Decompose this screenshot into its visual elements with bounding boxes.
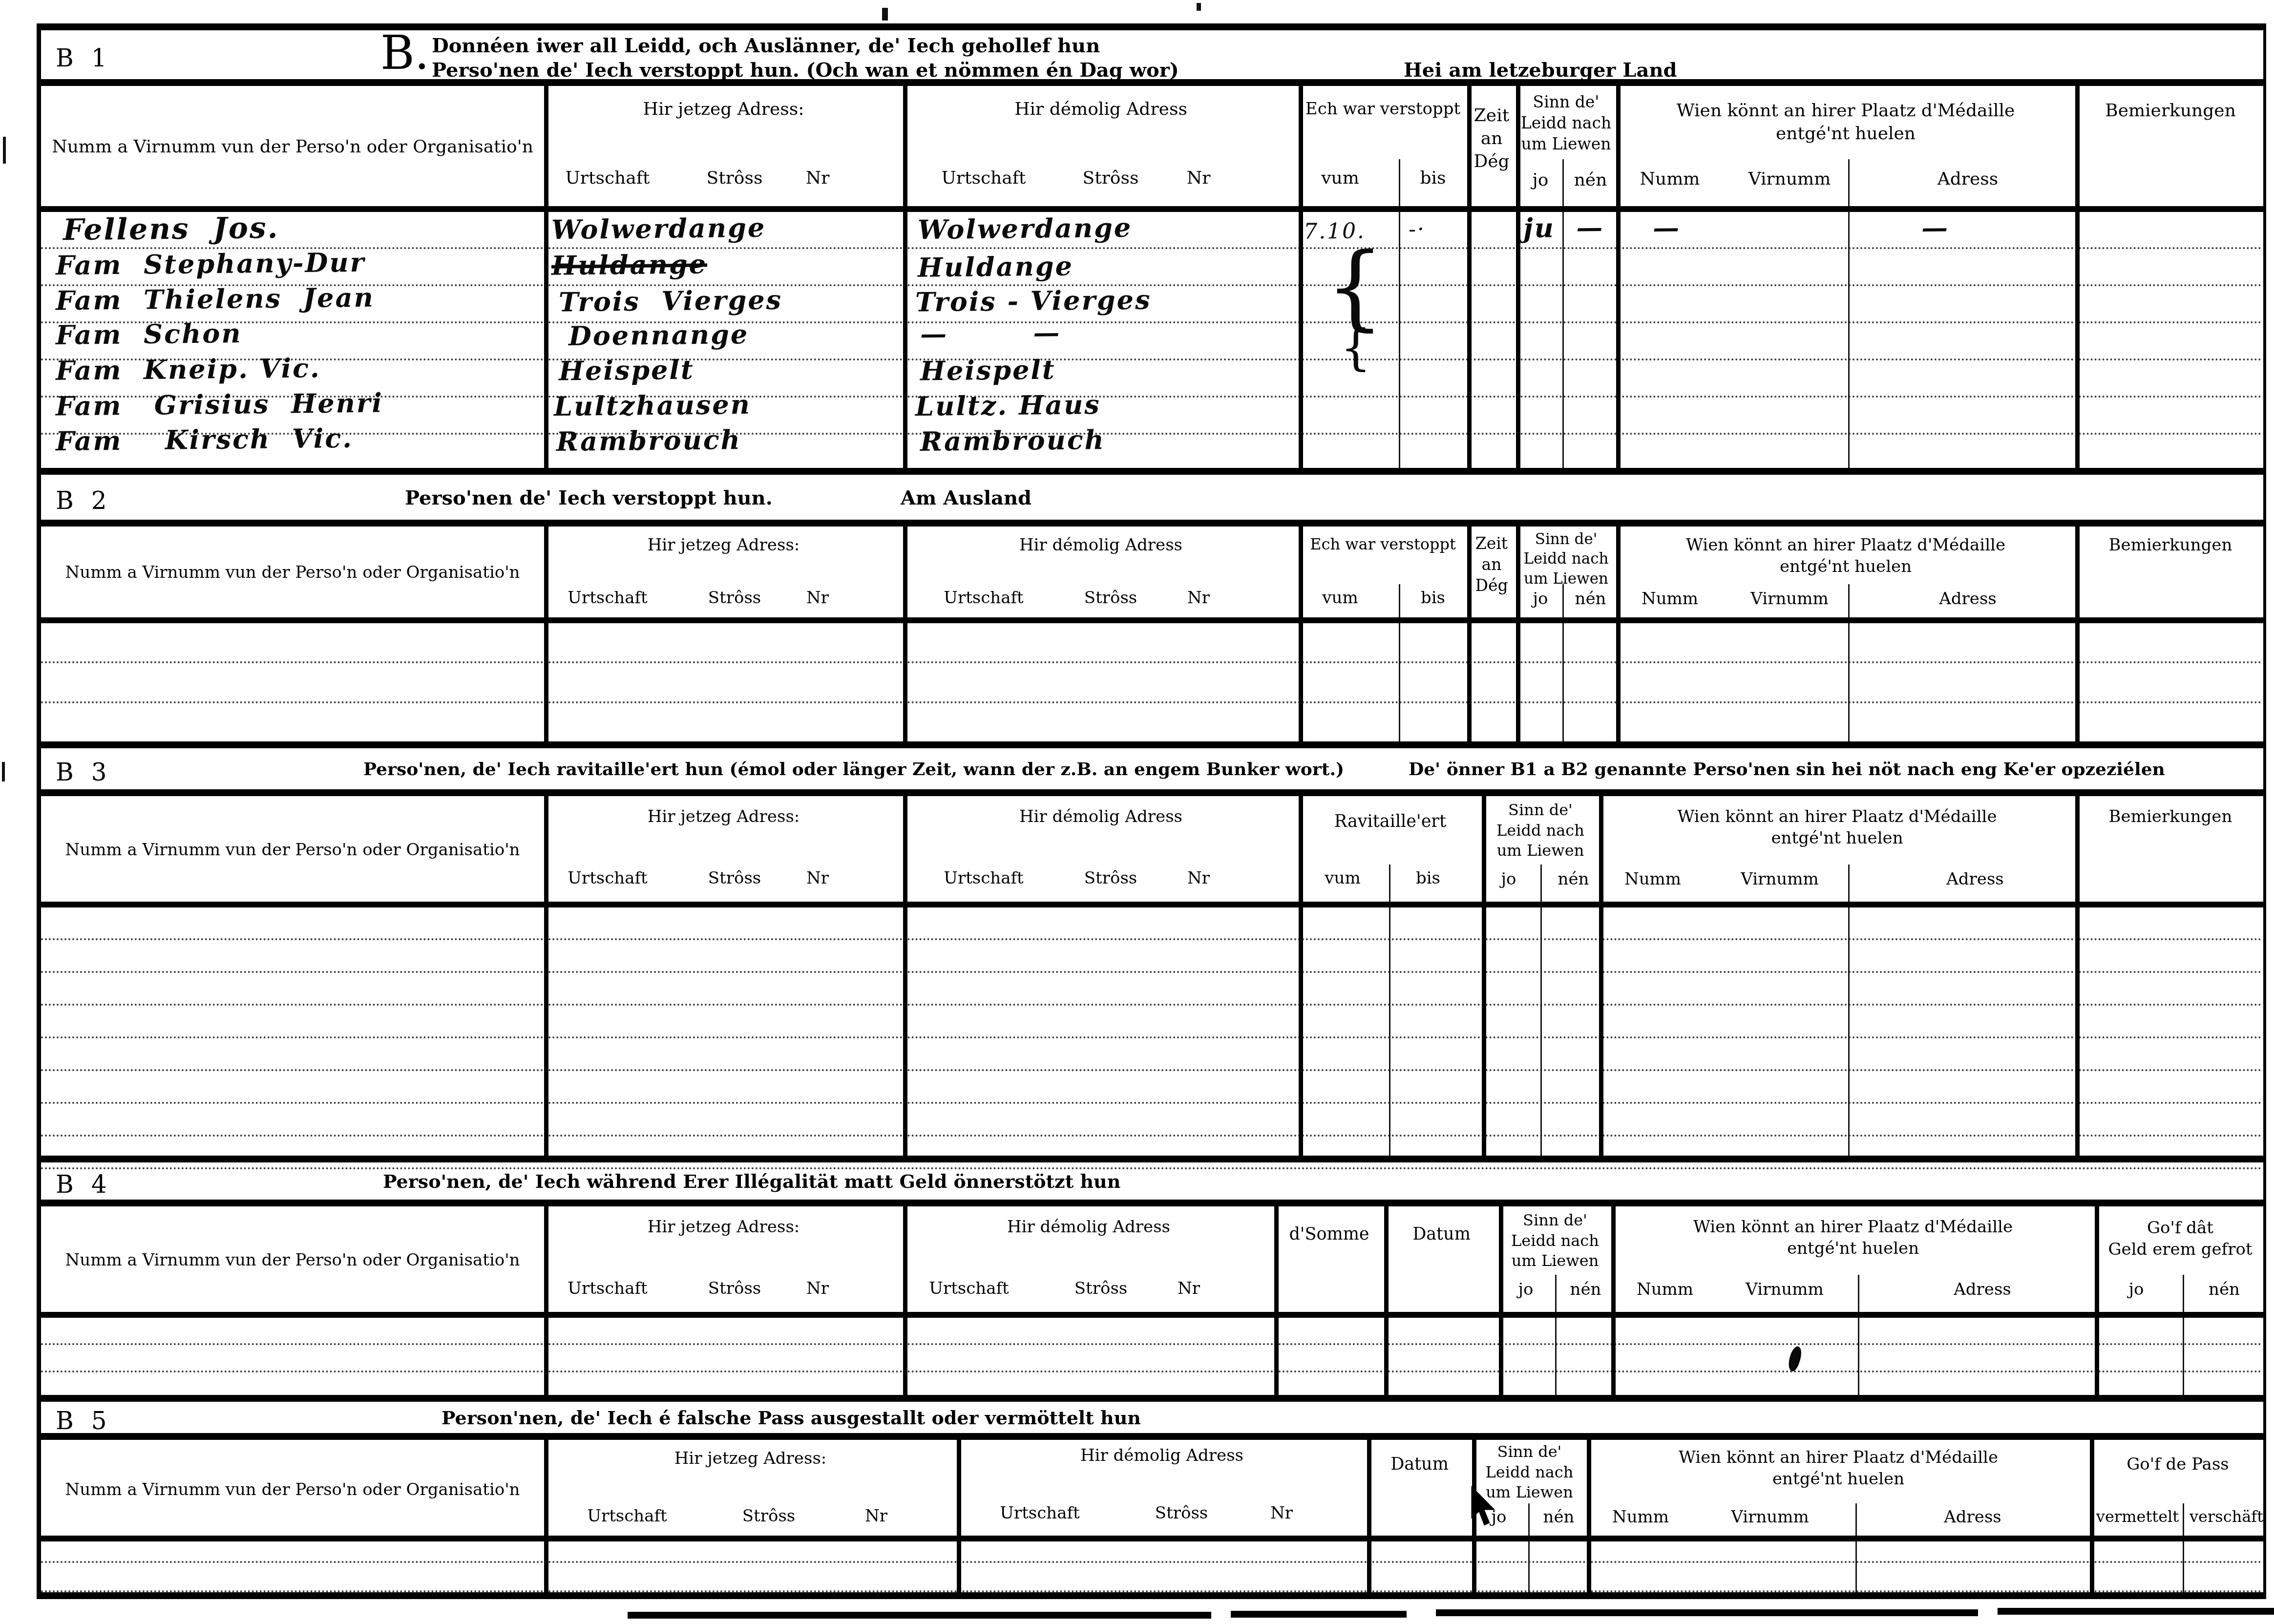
subcol-divider (1399, 212, 1400, 468)
section-b1-titlebar: B 1 B. Donnéen iwer all Leidd, och Auslä… (41, 30, 2263, 86)
b3-sub-adress: Adress (1892, 869, 2058, 889)
col-divider (957, 1541, 961, 1592)
section-b3: B 3 Perso'nen, de' Iech ravitaille'ert h… (37, 741, 2266, 1156)
b4-col-now-address: Hir jetzeg Adress: (544, 1216, 903, 1238)
b3-col-ravitailleert: Ravitaille'ert (1299, 811, 1482, 833)
b3-col-remarks: Bemierkungen (2075, 806, 2266, 827)
col-divider (1616, 623, 1621, 741)
col-divider (1384, 1318, 1389, 1395)
b3-sub-jo: jo (1487, 869, 1531, 889)
b2-sub-stross: Strôss (691, 588, 779, 608)
section-b5-body (41, 1541, 2263, 1599)
col-divider (544, 623, 548, 741)
b2-col-name: Numm a Virnumm vun der Perso'n oder Orga… (41, 562, 544, 583)
b2-col-alive: Sinn de'Leidd nachum Liewen (1516, 529, 1616, 589)
subcol-divider (1855, 1541, 1857, 1592)
col-divider (1274, 1318, 1279, 1395)
table-row (41, 1345, 2263, 1372)
b3-sub-vum: vum (1306, 868, 1379, 888)
b4-sub-urtschaft: Urtschaft (920, 1279, 1018, 1298)
section-b5-title: Person'nen, de' Iech é falsche Pass ausg… (442, 1407, 1141, 1429)
section-b4: B 4 Perso'nen, de' Iech während Erer Ill… (37, 1156, 2266, 1395)
col-divider (544, 212, 548, 468)
section-b2-subtitle: Am Ausland (901, 486, 1032, 509)
subcol-divider (2183, 1503, 2184, 1536)
form-letter: B. (380, 30, 429, 77)
col-divider (1367, 1541, 1371, 1592)
b5-sub-virnumm: Virnumm (1716, 1507, 1824, 1527)
section-b4-title: Perso'nen, de' Iech während Erer Illégal… (383, 1170, 1120, 1192)
b5-col-datum: Datum (1367, 1454, 1472, 1476)
b3-col-old-address: Hir démolig Adress (903, 806, 1299, 827)
b5-sub-verschaft: verschäft (2186, 1507, 2267, 1526)
b4-col-alive: Sinn de'Leidd nachum Liewen (1499, 1210, 1611, 1271)
b2-col-now-address: Hir jetzeg Adress: (544, 534, 903, 556)
subcol-divider (1562, 159, 1564, 206)
b5-sub-nr: Nr (847, 1506, 905, 1526)
table-row (41, 703, 2263, 743)
handwritten-name: Fam Kirsch Vic. (56, 422, 354, 457)
b1-sub-numm: Numm (1626, 169, 1714, 189)
handwritten-name: Fam Grisius Henri (56, 387, 383, 422)
subcol-divider (1555, 1275, 1557, 1312)
b2-sub-bis: bis (1404, 588, 1462, 608)
b5-sub-numm: Numm (1597, 1507, 1684, 1527)
section-b3-id: B 3 (56, 758, 111, 786)
b2-col-old-address: Hir démolig Adress (903, 534, 1299, 556)
table-row (41, 249, 2263, 286)
b4-sub-stross: Strôss (1052, 1279, 1150, 1298)
col-divider (1611, 1318, 1616, 1395)
b5-col-medal: Wien könnt an hirer Plaatz d'Médailleent… (1587, 1447, 2090, 1490)
b1-col-zeit: ZeitanDég (1467, 105, 1516, 173)
handwritten-now: Doennange (568, 318, 749, 352)
handwritten-name: Fam Stephany-Dur (56, 247, 366, 281)
b5-sub-urtschaft: Urtschaft (986, 1503, 1094, 1523)
b3-col-name: Numm a Virnumm vun der Perso'n oder Orga… (41, 839, 544, 861)
col-divider (1616, 212, 1621, 468)
subcol-divider (1848, 212, 1850, 468)
table-row (41, 323, 2263, 360)
mouse-cursor (1469, 1486, 1503, 1532)
scan-speck (882, 8, 888, 21)
subcol-divider (1399, 159, 1400, 206)
b3-sub-stross: Strôss (691, 868, 779, 888)
b3-sub-bis: bis (1396, 868, 1460, 888)
b3-col-alive: Sinn de'Leidd nachum Liewen (1482, 800, 1599, 861)
subcol-divider (2183, 1275, 2184, 1312)
b4-col-datum: Datum (1384, 1223, 1499, 1246)
handwritten-now: Wolwerdange (551, 212, 766, 246)
subcol-divider (1562, 212, 1564, 468)
col-divider (903, 212, 907, 468)
subcol-divider (1848, 623, 1850, 741)
subcol-divider (2183, 1318, 2184, 1395)
b5-sub-stross: Strôss (720, 1506, 818, 1526)
b1-sub-nen: nén (1567, 170, 1614, 190)
scan-edge-segment (628, 1612, 1211, 1619)
subcol-divider (1389, 907, 1390, 1156)
table-row (41, 1071, 2263, 1104)
form-title-line1: Donnéen iwer all Leidd, och Auslänner, d… (432, 34, 1100, 57)
b4-sub-adress: Adress (1897, 1280, 2068, 1299)
table-row (41, 1563, 2263, 1592)
col-divider (2075, 907, 2080, 1156)
section-b2-header: Numm a Virnumm vun der Perso'n oder Orga… (41, 527, 2263, 623)
handwritten-jo: ju — (1523, 211, 1604, 244)
scan-edge-segment (1231, 1611, 1407, 1618)
section-b4-titlebar: B 4 Perso'nen, de' Iech während Erer Ill… (41, 1162, 2263, 1206)
subcol-divider (1562, 584, 1564, 617)
b1-sub-nr: Nr (1169, 168, 1228, 188)
b3-sub-stross: Strôss (1062, 868, 1159, 888)
b2-sub-adress: Adress (1882, 589, 2053, 609)
handwritten-now: Huldange (551, 248, 708, 281)
b1-sub-adress: Adress (1882, 169, 2053, 189)
col-divider (1499, 1318, 1503, 1395)
handwritten-now: Trois Vierges (559, 284, 783, 318)
b4-sub-jo: jo (1504, 1280, 1548, 1299)
col-divider (1299, 907, 1303, 1156)
section-b2-id: B 2 (56, 486, 111, 515)
table-row (41, 623, 2263, 663)
scan-edge-segment (1998, 1608, 2274, 1615)
col-divider (1274, 1206, 1279, 1312)
b1-sub-jo: jo (1521, 170, 1560, 190)
subcol-divider (1858, 1275, 1859, 1312)
b5-sub-stross: Strôss (1133, 1503, 1230, 1523)
handwritten-now: Heispelt (559, 354, 695, 387)
b1-col-hidden: Ech war verstoppt (1299, 98, 1467, 120)
col-divider (1599, 907, 1603, 1156)
b1-sub-virnumm: Virnumm (1736, 169, 1843, 189)
handwritten-before: Rambrouch (920, 424, 1106, 457)
section-b1-header: Numm a Virnumm vun der Perso'n oder Orga… (41, 86, 2263, 212)
table-row (41, 1104, 2263, 1137)
col-divider (1516, 212, 1520, 468)
b2-sub-jo: jo (1521, 589, 1560, 609)
b4-sub-nen: nén (1562, 1280, 1609, 1299)
b5-sub-nen: nén (1536, 1507, 1582, 1527)
section-b2: B 2 Perso'nen de' Iech verstoppt hun. Am… (37, 468, 2266, 741)
section-b5-id: B 5 (56, 1407, 111, 1435)
section-b3-title1: Perso'nen, de' Iech ravitaille'ert hun (… (363, 759, 1344, 780)
section-b5: B 5 Person'nen, de' Iech é falsche Pass … (37, 1395, 2266, 1599)
b1-sub-stross: Strôss (1062, 168, 1159, 188)
b1-sub-urtschaft: Urtschaft (559, 168, 656, 188)
col-divider (1482, 907, 1486, 1156)
b1-sub-stross: Strôss (691, 168, 779, 188)
table-row (41, 907, 2263, 940)
section-b1-id: B 1 (56, 44, 111, 72)
b5-sub-adress: Adress (1892, 1507, 2053, 1527)
b3-sub-nen: nén (1550, 869, 1597, 889)
section-b4-header: Numm a Virnumm vun der Perso'n oder Orga… (41, 1206, 2263, 1318)
b2-sub-vum: vum (1304, 588, 1377, 608)
section-b2-titlebar: B 2 Perso'nen de' Iech verstoppt hun. Am… (41, 475, 2263, 527)
table-row (41, 973, 2263, 1006)
subcol-divider (1848, 865, 1850, 902)
b2-sub-nr: Nr (788, 588, 847, 608)
b2-sub-urtschaft: Urtschaft (559, 588, 656, 608)
handwritten-name: Fam Schon (56, 317, 242, 351)
handwritten-before: Heispelt (920, 354, 1056, 387)
section-b5-titlebar: B 5 Person'nen, de' Iech é falsche Pass … (41, 1402, 2263, 1440)
handwritten-before: — — (920, 316, 1061, 349)
col-divider (2075, 212, 2080, 468)
b2-col-medal: Wien könnt an hirer Plaatz d'Médailleent… (1616, 534, 2075, 577)
b2-sub-nen: nén (1567, 589, 1614, 609)
subcol-divider (1399, 584, 1400, 617)
handwritten-name: Fellens Jos. (63, 211, 279, 248)
section-b4-id: B 4 (56, 1170, 111, 1199)
subcol-divider (1848, 584, 1850, 617)
b4-sub-nr: Nr (788, 1279, 847, 1298)
b2-sub-stross: Strôss (1062, 588, 1159, 608)
scan-edge-segment (1436, 1609, 1978, 1616)
handwritten-bis: -· (1409, 217, 1426, 242)
subcol-divider (1399, 623, 1400, 741)
subcol-divider (1540, 907, 1542, 1156)
table-row (41, 663, 2263, 703)
col-divider (1299, 623, 1303, 741)
b3-sub-virnumm: Virnumm (1721, 869, 1838, 889)
b5-col-old-address: Hir démolig Adress (957, 1445, 1367, 1466)
section-b3-body (41, 907, 2263, 1156)
scan-speck (2, 762, 5, 781)
subcol-divider (1855, 1503, 1857, 1536)
b4-sub-urtschaft: Urtschaft (559, 1279, 656, 1298)
table-row (41, 1006, 2263, 1038)
table-row (41, 435, 2263, 472)
b4-sub-numm: Numm (1621, 1280, 1709, 1299)
section-b2-body (41, 623, 2263, 741)
handwritten-numm: — (1653, 212, 1681, 244)
b4-col-geld: Go'f dâtGeld erem gefrot (2095, 1217, 2266, 1260)
handwritten-before: Trois - Vierges (915, 284, 1152, 317)
section-b3-title2: De' önner B1 a B2 genannte Perso'nen sin… (1409, 759, 2165, 780)
section-b3-header: Numm a Virnumm vun der Perso'n oder Orga… (41, 796, 2263, 907)
b4-col-somme: d'Somme (1274, 1223, 1384, 1246)
subcol-divider (1562, 623, 1564, 741)
b4-sub-stross: Strôss (691, 1279, 779, 1298)
handwritten-before: Huldange (918, 250, 1074, 283)
section-b4-body (41, 1318, 2263, 1395)
b1-col-name: Numm a Virnumm vun der Perso'n oder Orga… (41, 136, 544, 159)
handwritten-adress: — (1921, 212, 1950, 244)
subcol-divider (1540, 865, 1542, 902)
subcol-divider (1848, 159, 1850, 206)
col-divider (1587, 1541, 1591, 1592)
b3-col-medal: Wien könnt an hirer Plaatz d'Médailleent… (1599, 806, 2075, 849)
table-row (41, 1541, 2263, 1563)
scan-speck (3, 137, 6, 164)
subcol-divider (1848, 907, 1850, 1156)
col-divider (903, 623, 907, 741)
b1-col-now-address: Hir jetzeg Adress: (544, 98, 903, 121)
b3-col-now-address: Hir jetzeg Adress: (544, 806, 903, 827)
col-divider (2090, 1541, 2094, 1592)
b4-sub-virnumm: Virnumm (1731, 1280, 1838, 1299)
b4-col-name: Numm a Virnumm vun der Perso'n oder Orga… (41, 1249, 544, 1271)
subcol-divider (1555, 1318, 1557, 1395)
section-b5-header: Numm a Virnumm vun der Perso'n oder Orga… (41, 1440, 2263, 1541)
b2-sub-nr: Nr (1169, 588, 1228, 608)
col-divider (1467, 623, 1472, 741)
col-divider (2075, 623, 2080, 741)
b1-col-alive: Sinn de'Leidd nachum Liewen (1516, 92, 1616, 155)
b4-sub-jo: jo (2107, 1280, 2166, 1299)
b4-sub-nr: Nr (1159, 1279, 1218, 1298)
subcol-divider (1528, 1503, 1530, 1536)
b1-sub-nr: Nr (788, 168, 847, 188)
b2-sub-urtschaft: Urtschaft (935, 588, 1032, 608)
b2-col-hidden: Ech war verstoppt (1299, 534, 1467, 555)
b3-sub-urtschaft: Urtschaft (935, 868, 1032, 888)
scan-speck (1197, 3, 1201, 11)
b1-col-remarks: Bemierkungen (2075, 100, 2266, 123)
table-row (41, 1318, 2263, 1345)
b3-sub-numm: Numm (1609, 869, 1697, 889)
b2-sub-numm: Numm (1626, 589, 1714, 609)
handwritten-name: Fam Thielens Jean (56, 282, 375, 316)
section-b2-title: Perso'nen de' Iech verstoppt hun. (405, 486, 773, 509)
table-row (41, 1038, 2263, 1071)
b5-col-pass: Go'f de Pass (2090, 1454, 2266, 1475)
b4-sub-nen: nén (2190, 1280, 2258, 1299)
b2-col-remarks: Bemierkungen (2075, 534, 2266, 556)
col-divider (1299, 212, 1303, 468)
subcol-divider (1528, 1541, 1530, 1592)
section-b1: B 1 B. Donnéen iwer all Leidd, och Auslä… (37, 23, 2266, 468)
col-divider (544, 1318, 548, 1395)
scanned-form-page: B 1 B. Donnéen iwer all Leidd, och Auslä… (0, 0, 2274, 1624)
form-title-line2-right: Hei am letzeburger Land (1404, 59, 1677, 82)
col-divider (1472, 1541, 1476, 1592)
handwritten-now: Lultzhausen (554, 389, 752, 422)
col-divider (1384, 1206, 1389, 1312)
b4-col-medal: Wien könnt an hirer Plaatz d'Médailleent… (1611, 1216, 2095, 1259)
table-row (41, 940, 2263, 973)
col-divider (1516, 623, 1520, 741)
handwritten-brace-small: { (1340, 323, 1371, 372)
b5-sub-vermettelt: vermettelt (2092, 1507, 2183, 1526)
col-divider (544, 1541, 548, 1592)
b5-col-now-address: Hir jetzeg Adress: (544, 1448, 957, 1469)
b2-col-zeit: ZeitanDég (1467, 533, 1516, 596)
b5-col-name: Numm a Virnumm vun der Perso'n oder Orga… (41, 1479, 544, 1500)
subcol-divider (1389, 865, 1390, 902)
b4-col-old-address: Hir démolig Adress (903, 1216, 1274, 1238)
b3-sub-urtschaft: Urtschaft (559, 868, 656, 888)
subcol-divider (2183, 1541, 2184, 1592)
col-divider (903, 907, 907, 1156)
handwritten-now: Rambrouch (556, 424, 742, 457)
handwritten-before: Lultz. Haus (915, 389, 1101, 422)
col-divider (903, 1318, 907, 1395)
b5-sub-nr: Nr (1252, 1503, 1311, 1523)
handwritten-before: Wolwerdange (918, 212, 1133, 246)
b1-sub-bis: bis (1404, 168, 1462, 188)
b3-sub-nr: Nr (788, 868, 847, 888)
b1-sub-urtschaft: Urtschaft (935, 168, 1032, 188)
b3-sub-nr: Nr (1169, 868, 1228, 888)
section-b1-body: Fellens Jos. Wolwerdange Wolwerdange 7.1… (41, 212, 2263, 468)
col-divider (2095, 1318, 2099, 1395)
b5-sub-urtschaft: Urtschaft (573, 1506, 681, 1526)
b2-sub-virnumm: Virnumm (1736, 589, 1843, 609)
handwritten-name: Fam Kneip. Vic. (56, 352, 321, 386)
col-divider (1467, 212, 1472, 468)
subcol-divider (1858, 1318, 1859, 1395)
section-b3-titlebar: B 3 Perso'nen, de' Iech ravitaille'ert h… (41, 748, 2263, 796)
form-title-line2: Perso'nen de' Iech verstoppt hun. (Och w… (432, 59, 1179, 82)
b1-sub-vum: vum (1304, 168, 1377, 188)
b1-col-medal: Wien könnt an hirer Plaatz d'Médailleent… (1616, 100, 2075, 146)
col-divider (544, 907, 548, 1156)
b1-col-old-address: Hir démolig Adress (903, 98, 1299, 121)
